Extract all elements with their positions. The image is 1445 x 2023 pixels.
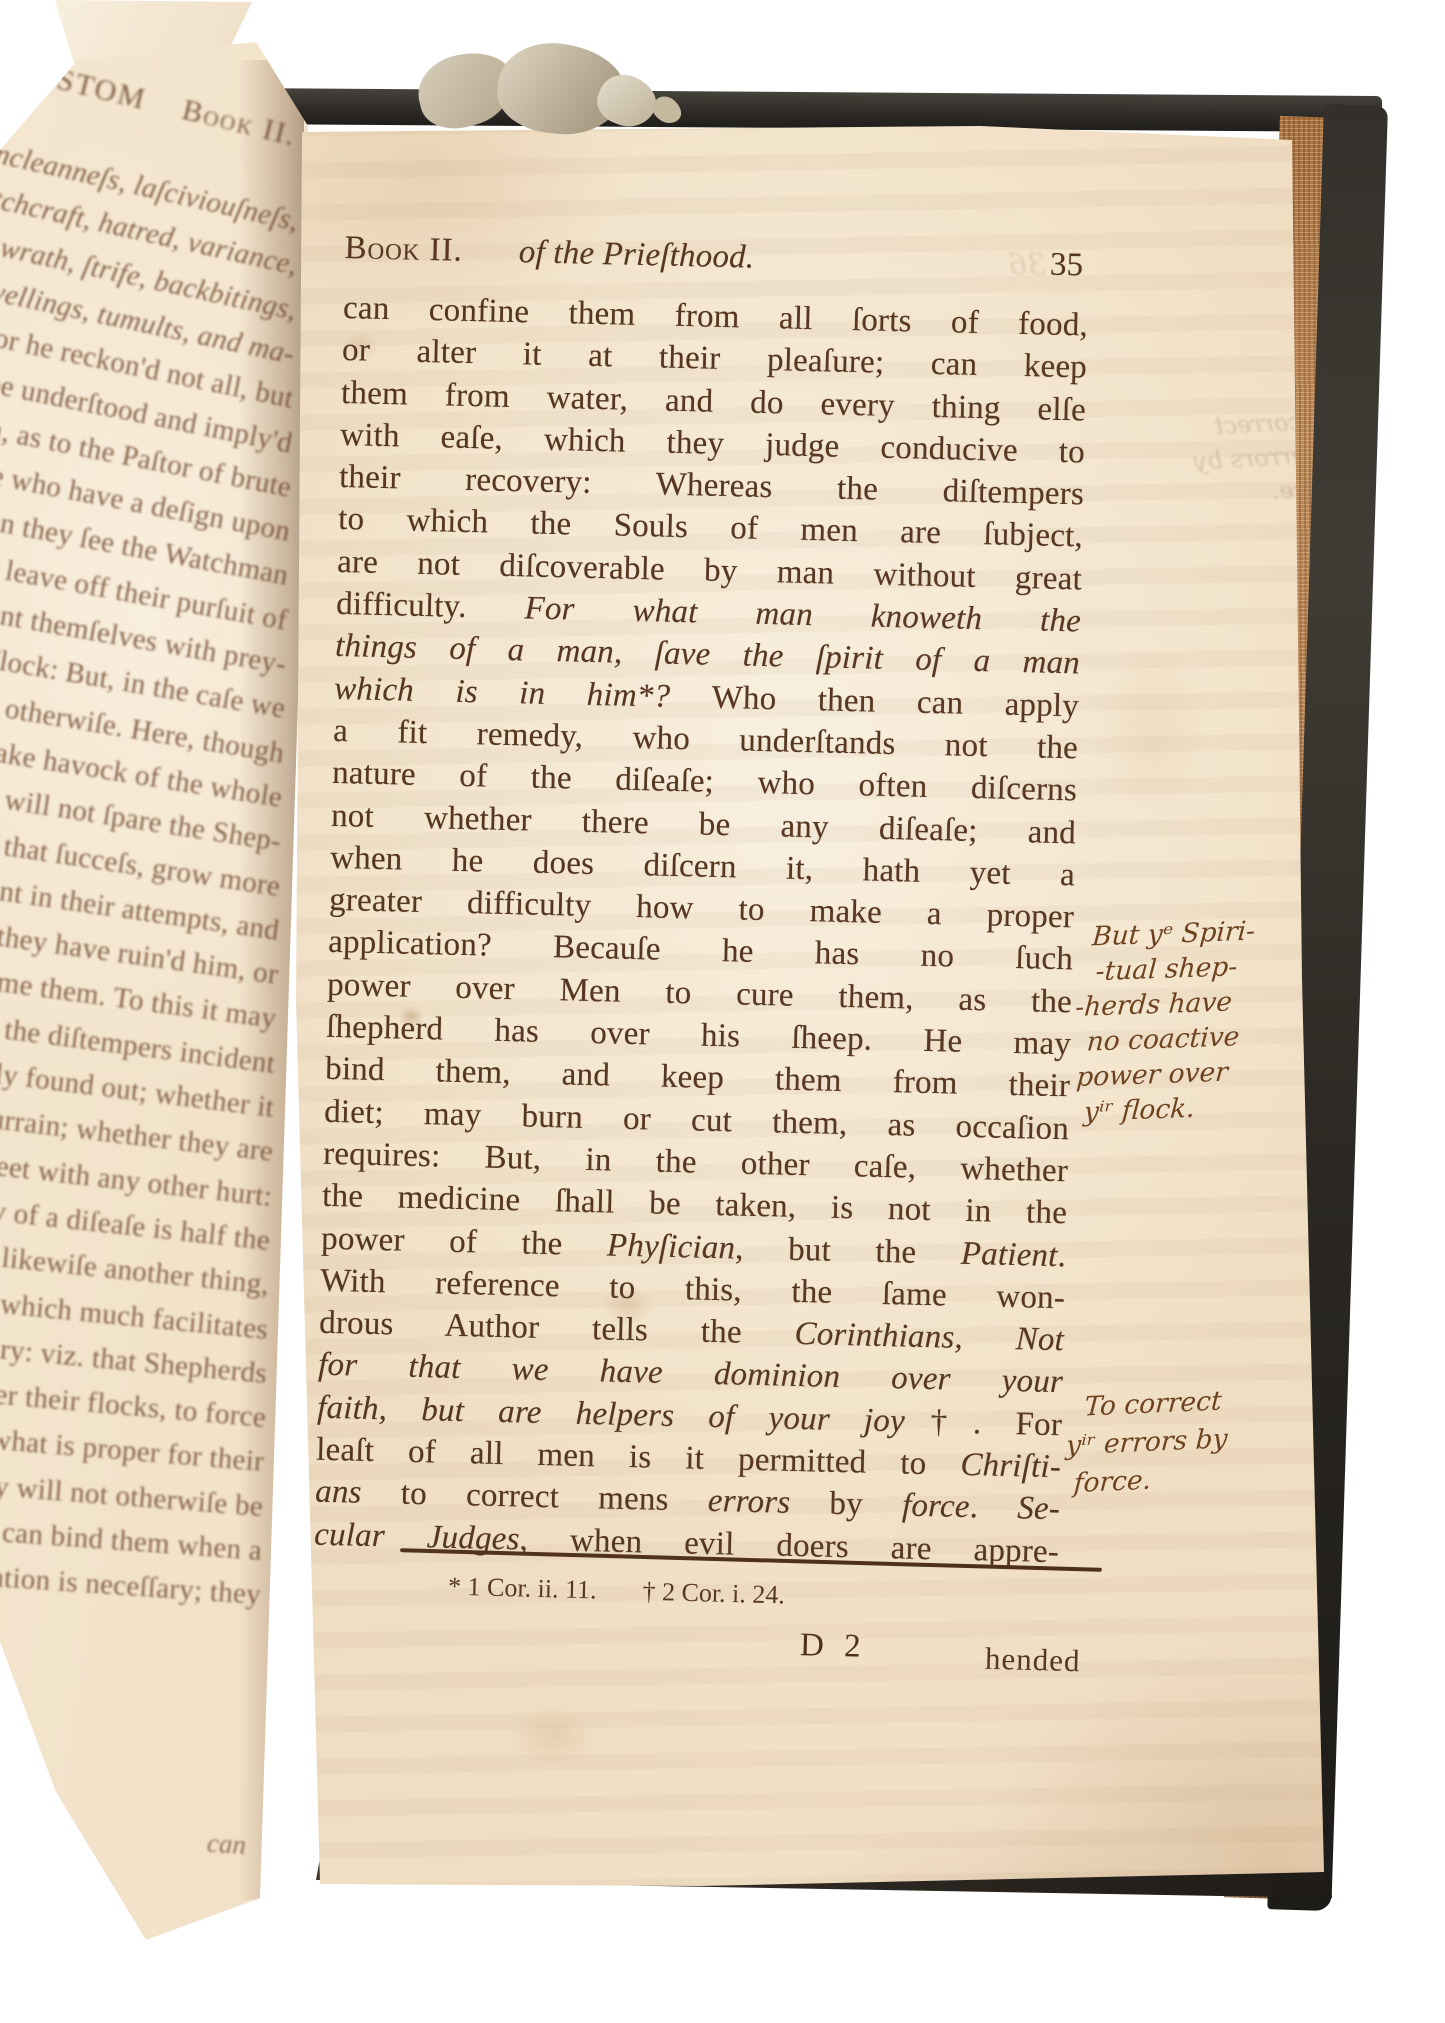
italic-text: Se-: [1017, 1491, 1061, 1528]
printed-line: to which the Souls of men are ſubject,: [338, 498, 1084, 558]
italic-text: errors: [707, 1483, 790, 1521]
printed-line: nature of the diſeaſe; who often diſcern…: [332, 752, 1078, 812]
printed-line: a fit remedy, who underſtands not the: [333, 710, 1079, 770]
printed-line: when he does diſcern it, hath yet a: [330, 837, 1076, 897]
left-page-catchword: can: [0, 1804, 247, 1861]
stain: [340, 330, 380, 360]
marginalia-note-upper: But yᵉ Spiri--tual shep--herds haveno co…: [1065, 912, 1312, 1131]
handwriting-line: yⁱʳ flock.: [1083, 1087, 1299, 1130]
roman-text: , but the: [735, 1230, 962, 1271]
printed-line: requires: But, in the other caſe, whethe…: [323, 1133, 1069, 1193]
gutter-shadow: [238, 60, 304, 1900]
roman-text: with eaſe, which they judge conducive to: [340, 417, 1086, 471]
italic-text: cular Judges: [314, 1516, 520, 1557]
printed-line: for that we have dominion over your: [318, 1344, 1064, 1404]
printed-line: drous Author tells the Corinthians, Not: [319, 1302, 1065, 1362]
printed-line: application? Becauſe he has no ſuch: [328, 921, 1074, 981]
printed-line: bind them, and keep them from their: [325, 1048, 1071, 1108]
printed-line: diet; may burn or cut them, as occaſion: [324, 1090, 1070, 1150]
roman-text: them from water, and do every thing elſe: [341, 375, 1087, 429]
right-page-catchword: hended: [985, 1641, 1081, 1679]
roman-text: bind them, and keep them from their: [325, 1051, 1071, 1105]
printed-line: leaſt of all men is it permitted to Chri…: [316, 1429, 1062, 1489]
printed-line: ſhepherd has over his ſheep. He may: [326, 1006, 1072, 1066]
roman-text: difficulty.: [336, 586, 525, 626]
printed-line: power over Men to cure them, as the: [327, 964, 1073, 1024]
roman-text: drous Author tells the: [319, 1305, 795, 1352]
printed-line: their recovery: Whereas the diſtempers: [339, 456, 1085, 516]
stain: [398, 1006, 424, 1028]
printed-line: can confine them from all ſorts of food,: [343, 287, 1089, 347]
printed-line: faith, but are helpers of your joy†. For: [317, 1386, 1063, 1446]
roman-text: are not diſcoverable by man without grea…: [337, 544, 1083, 598]
printed-line: the medicine ſhall be taken, is not in t…: [322, 1175, 1068, 1235]
printed-line: greater difficulty how to make a proper: [329, 879, 1075, 939]
italic-text: force: [902, 1488, 970, 1526]
printed-line: not whether there be any diſeaſe; and: [331, 794, 1077, 854]
printed-line: With reference to this, the ſame won-: [320, 1260, 1066, 1320]
roman-text: to which the Souls of men are ſubject,: [338, 501, 1084, 555]
handwriting-line: force.: [1073, 1455, 1309, 1503]
roman-text: leaſt of all men is it permitted to: [316, 1432, 961, 1483]
roman-text: diet; may burn or cut them, as occaſion: [324, 1093, 1070, 1147]
italic-text: which is in him*?: [334, 671, 712, 716]
footnote-rule: [400, 1548, 1102, 1572]
roman-text: With reference to this, the ſame won-: [320, 1263, 1066, 1317]
signature-mark: D 2: [800, 1627, 868, 1666]
handwriting-line: no coactive: [1086, 1017, 1304, 1060]
roman-text: Who then can apply: [711, 679, 1079, 724]
roman-text: .: [1057, 1238, 1066, 1274]
right-page-body: can confine them from all ſorts of food,…: [314, 287, 1089, 1573]
printed-line: them from water, and do every thing elſe: [341, 372, 1087, 432]
book-photo: St. CHRYSOSTOM Book II. ication, unclean…: [0, 0, 1445, 2023]
printed-line: cular Judges, when evil doers are appre-: [314, 1513, 1060, 1573]
roman-text: to correct mens: [361, 1475, 708, 1519]
roman-text: .: [969, 1489, 1017, 1526]
italic-text: faith, but are helpers of your joy: [317, 1389, 906, 1439]
roman-text: nature of the diſeaſe; who often diſcern…: [332, 755, 1078, 809]
roman-text: when he does diſcern it, hath yet a: [330, 840, 1076, 894]
header-book-label: Book II.: [344, 230, 463, 270]
italic-text: things of a man, ſave the ſpirit of a ma…: [335, 628, 1081, 682]
handwriting-line: -tual shep-: [1095, 947, 1309, 990]
italic-text: Phyſician: [607, 1227, 736, 1266]
handwriting-line: power over: [1075, 1052, 1301, 1095]
printed-line: power of the Phyſician, but the Patient.: [321, 1217, 1067, 1277]
header-title: of the Prieſthood.: [518, 234, 754, 277]
italic-text: ans: [315, 1474, 362, 1511]
roman-text: ſhepherd has over his ſheep. He may: [326, 1009, 1072, 1063]
stain: [600, 1286, 656, 1326]
footnote-2: † 2 Cor. i. 24.: [642, 1577, 785, 1611]
printed-line: are not diſcoverable by man without grea…: [337, 541, 1083, 601]
roman-text: power of the: [321, 1220, 608, 1263]
roman-text: can confine them from all ſorts of food,: [343, 290, 1089, 344]
right-page-text: Book II. of the Prieſthood. 35 can confi…: [314, 230, 1090, 1573]
italic-text: Corinthians, Not: [794, 1316, 1064, 1358]
roman-text: greater difficulty how to make a proper: [329, 882, 1075, 936]
printed-line: difficulty. For what man knoweth the: [336, 583, 1082, 643]
roman-text: or alter it at their pleaſure; can keep: [342, 332, 1088, 386]
handwriting-line: But yᵉ Spiri-: [1091, 912, 1311, 955]
italic-text: Chriſti-: [960, 1447, 1061, 1485]
printed-line: things of a man, ſave the ſpirit of a ma…: [335, 625, 1081, 685]
printed-line: ans to correct mens errors by force. Se-: [315, 1471, 1061, 1531]
roman-text: by: [790, 1485, 903, 1524]
italic-text: Patient: [960, 1235, 1058, 1273]
roman-text: a fit remedy, who underſtands not the: [333, 713, 1079, 767]
marginalia-note-lower: To correctyⁱʳ errors byforce.: [1063, 1378, 1314, 1503]
footnotes: * 1 Cor. ii. 11. † 2 Cor. i. 24.: [448, 1572, 1089, 1619]
printed-line: which is in him*? Who then can apply: [334, 668, 1080, 728]
italic-text: for that we have dominion over your: [318, 1347, 1064, 1401]
footnote-1: * 1 Cor. ii. 11.: [448, 1572, 597, 1606]
roman-text: the medicine ſhall be taken, is not in t…: [322, 1178, 1068, 1232]
roman-text: not whether there be any diſeaſe; and: [331, 797, 1077, 851]
roman-text: requires: But, in the other caſe, whethe…: [323, 1136, 1069, 1190]
roman-text: power over Men to cure them, as the: [327, 967, 1073, 1021]
handwriting-line: To correct: [1083, 1378, 1313, 1426]
show-through-page-number: 36: [1008, 248, 1046, 283]
handwriting-line: -herds have: [1074, 982, 1306, 1025]
printed-line: with eaſe, which they judge conducive to: [340, 414, 1086, 474]
stain: [1090, 640, 1210, 820]
italic-text: For what man knoweth the: [524, 590, 1081, 639]
right-running-header: Book II. of the Prieſthood. 35: [344, 230, 1090, 285]
printed-line: or alter it at their pleaſure; can keep: [342, 329, 1088, 389]
page-number: 35: [1050, 247, 1084, 285]
roman-text: †. For: [905, 1403, 1063, 1443]
roman-text: , when evil doers are appre-: [519, 1521, 1059, 1570]
roman-text: their recovery: Whereas the diſtempers: [339, 459, 1085, 513]
stain: [508, 1706, 598, 1766]
handwriting-line: yⁱʳ errors by: [1065, 1417, 1311, 1466]
roman-text: application? Becauſe he has no ſuch: [328, 924, 1074, 978]
book-cover-top-edge: [228, 88, 1382, 132]
